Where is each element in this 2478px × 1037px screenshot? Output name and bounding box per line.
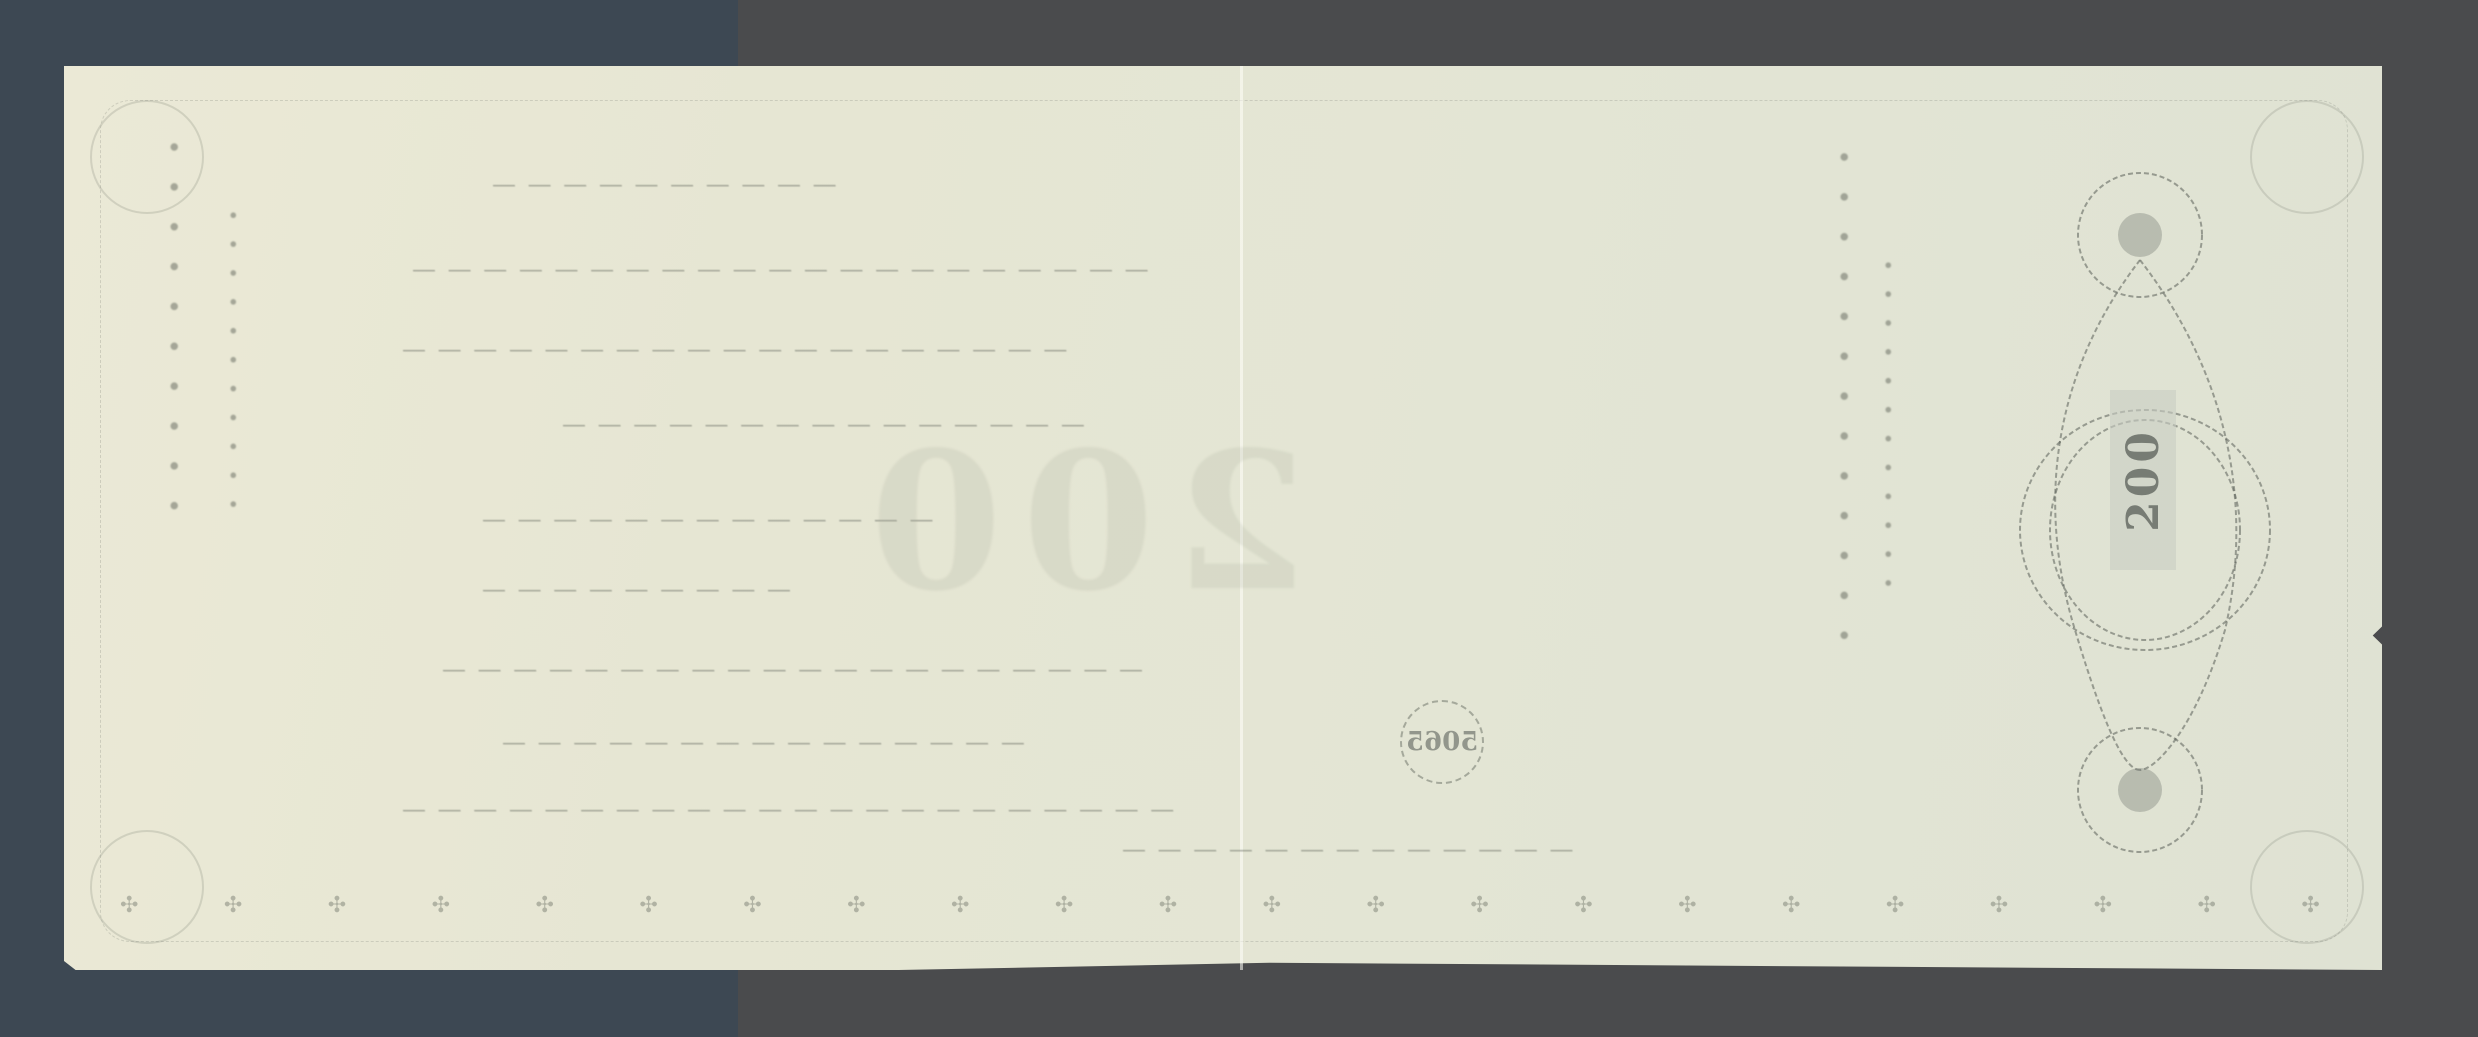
rosette-icon: ✣	[951, 893, 969, 918]
rosette-icon: ✣	[2301, 893, 2319, 918]
rosette-icon: ✣	[639, 893, 657, 918]
rosette-icon: ✣	[1886, 893, 1904, 918]
rosette-icon: ✣	[1055, 893, 1073, 918]
stamp-number: 5065	[1406, 727, 1478, 757]
rosette-icon: ✣	[847, 893, 865, 918]
rosette-icon: ✣	[1470, 893, 1488, 918]
mirrored-text-line: — — — — — — — — — — — — — — —	[500, 728, 1025, 756]
rosette-icon: ✣	[432, 893, 450, 918]
rosette-icon: ✣	[224, 893, 242, 918]
right-vertical-text-2: · · · · · · · · · · · ·	[1870, 260, 1905, 592]
rosette-icon: ✣	[2198, 893, 2216, 918]
rosette-icon: ✣	[328, 893, 346, 918]
denomination-value: 200	[2118, 428, 2169, 532]
denomination-panel: 200	[2110, 390, 2176, 570]
right-vertical-text-1: · · · · · · · · · · · · ·	[1820, 150, 1867, 648]
rosette-icon: ✣	[1159, 893, 1177, 918]
mirrored-text-line: — — — — — — — — —	[480, 575, 791, 603]
left-vertical-text-2: · · · · · · · · · · ·	[215, 210, 250, 513]
circular-stamp: 5065	[1400, 700, 1484, 784]
rosette-icon: ✣	[1574, 893, 1592, 918]
rosette-icon: ✣	[1990, 893, 2008, 918]
faint-amount-watermark: 200	[850, 410, 1307, 633]
mirrored-text-line: — — — — — — — — — — — — —	[1120, 835, 1574, 863]
rosette-icon: ✣	[1263, 893, 1281, 918]
mirrored-text-line: — — — — — — — — — — — — — — — — — — — —	[440, 655, 1143, 683]
rosette-icon: ✣	[743, 893, 761, 918]
mirrored-text-line: — — — — — — — — — — — — — — — — — — — — …	[410, 255, 1149, 283]
mirrored-text-line: — — — — — — — — — —	[490, 170, 837, 198]
rosette-icon: ✣	[536, 893, 554, 918]
rosette-icon: ✣	[1367, 893, 1385, 918]
left-vertical-text-1: · · · · · · · · · ·	[150, 140, 197, 519]
rosette-icon: ✣	[2094, 893, 2112, 918]
rosette-icon: ✣	[1678, 893, 1696, 918]
mirrored-text-line: — — — — — — — — — — — — — — — — — — — — …	[400, 795, 1174, 823]
rosette-icon: ✣	[1782, 893, 1800, 918]
bottom-rosette-border: ✣ ✣ ✣ ✣ ✣ ✣ ✣ ✣ ✣ ✣ ✣ ✣ ✣ ✣ ✣ ✣ ✣ ✣ ✣ ✣ …	[120, 885, 2320, 925]
rosette-icon: ✣	[120, 893, 138, 918]
mirrored-text-line: — — — — — — — — — — — — — — — — — — —	[400, 335, 1067, 363]
